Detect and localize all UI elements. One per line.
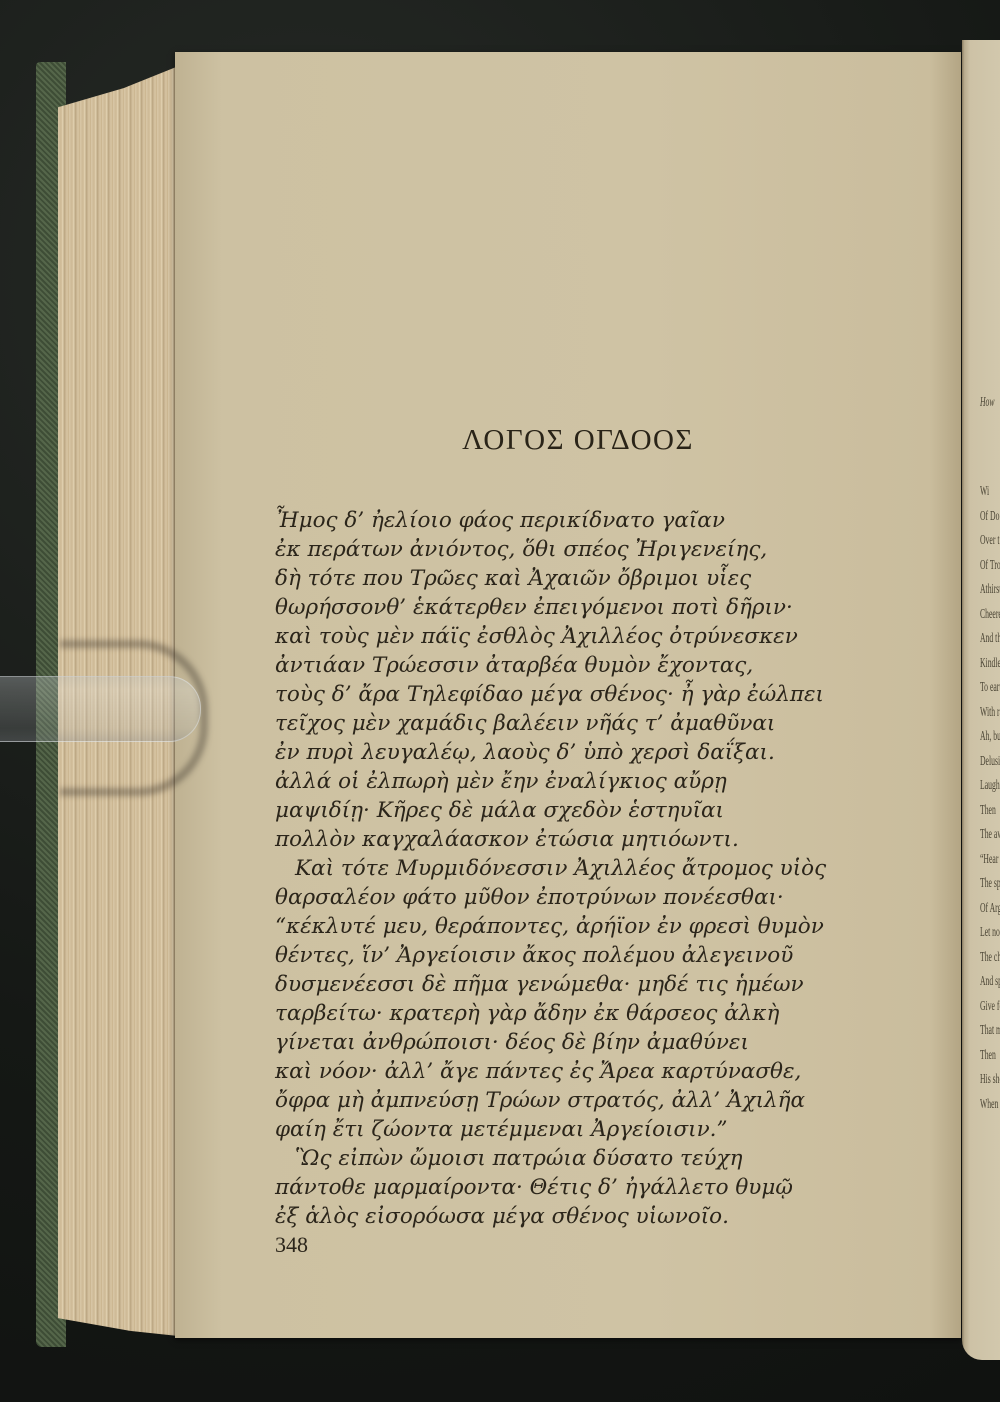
verse-line: ὄφρα μὴ ἀμπνεύσῃ Τρώων στρατός, ἀλλ’ Ἀχι… [275,1086,915,1115]
facing-page-line: Kindled [980,656,1000,672]
transparent-page-clip [0,676,201,742]
verse-text: ἐν πυρὶ λευγαλέῳ, λαοὺς δ’ ὑπὸ χερσὶ δαΐ… [275,740,775,765]
verse-line: ἐν πυρὶ λευγαλέῳ, λαοὺς δ’ ὑπὸ χερσὶ δαΐ… [275,738,915,767]
verse-line: θέντες, ἵν’ Ἀργείοισιν ἄκος πολέμου ἀλεγ… [275,941,915,970]
verse-text: ὄφρα μὴ ἀμπνεύσῃ Τρώων στρατός, ἀλλ’ Ἀχι… [275,1088,805,1113]
facing-page-line: That mi [980,1023,1000,1039]
verse-text: γίνεται ἀνθρώποισι· δέος δὲ βίην ἀμαθύνε… [275,1030,749,1055]
verse-line: τοὺς δ’ ἄρα Τηλεφίδαο μέγα σθένος· ἦ γὰρ… [275,680,915,709]
bleed-through-text [175,162,961,214]
facing-page-line: His sho [980,1072,1000,1088]
verse-text: ἐξ ἁλὸς εἰσορόωσα μέγα σθένος υἱωνοῖο. [275,1204,729,1229]
facing-page-line: Delusiv [980,754,1000,770]
facing-page-line: Of Do [980,509,999,525]
facing-page-line: To earth [980,680,1000,696]
verse-text: τεῖχος μὲν χαμάδις βαλέειν νῆάς τ’ ἀμαθῦ… [275,711,775,736]
facing-page-line: Over t [980,533,999,549]
facing-page-line: How [980,395,995,411]
facing-page-line: Give fo [980,999,1000,1015]
verse-line: ἀντιάαν Τρώεσσιν ἀταρβέα θυμὸν ἔχοντας, [275,651,915,680]
verse-line: καὶ τοὺς μὲν πάϊς ἐσθλὸς Ἀχιλλέος ὀτρύνε… [275,622,915,651]
verse-line: τεῖχος μὲν χαμάδις βαλέειν νῆάς τ’ ἀμαθῦ… [275,709,915,738]
verse-text: θαρσαλέον φάτο μῦθον ἐποτρύνων πονέεσθαι… [275,885,784,910]
verse-text: Ἦμος δ’ ἠελίοιο φάος περικίδνατο γαῖαν [275,508,725,533]
facing-page-line: The chil [980,950,1000,966]
verse-text: Ὣς εἰπὼν ὤμοισι πατρώια δύσατο τεύχη [295,1146,742,1171]
verse-text: καὶ νόον· ἀλλ’ ἄγε πάντες ἐς Ἄρεα καρτύν… [275,1059,801,1084]
verse-line: πολλὸν καγχαλάασκον ἐτώσια μητιόωντι. [275,825,915,854]
verse-line: ταρβείτω· κρατερὴ γὰρ ἄδην ἐκ θάρσεος ἀλ… [275,999,915,1028]
facing-page-line: Then [980,803,996,819]
verse-line: ἐκ περάτων ἀνιόντος, ὅθι σπέος Ἠριγενείη… [275,535,915,564]
verse-line: Καὶ τότε Μυρμιδόνεσσιν Ἀχιλλέος ἄτρομος … [275,854,915,883]
verse-line: μαψιδίῃ· Κῆρες δὲ μάλα σχεδὸν ἑστηυῖαι [275,796,915,825]
verse-text: Καὶ τότε Μυρμιδόνεσσιν Ἀχιλλέος ἄτρομος … [295,856,826,881]
facing-page-line: The awe [980,827,1000,843]
facing-page-line: And spi [980,974,1000,990]
facing-page-line: “Hear y [980,852,1000,868]
facing-page-line: And th [980,631,1000,647]
verse-text: δυσμενέεσσι δὲ πῆμα γενώμεθα· μηδέ τις ἡ… [275,972,804,997]
facing-page-line: When fr [980,1097,1000,1113]
facing-page-edge: HowWiOf DoOver tOf TroAthirstCheereAnd t… [962,40,1000,1360]
verse-line: ἀλλά οἱ ἐλπωρὴ μὲν ἔην ἐναλίγκιος αὔρῃ10 [275,767,915,796]
verse-block: Ἦμος δ’ ἠελίοιο φάος περικίδνατο γαῖανἐκ… [275,506,915,1231]
verse-text: πάντοθε μαρμαίροντα· Θέτις δ’ ἠγάλλετο θ… [275,1175,793,1200]
verse-line: “κέκλυτέ μευ, θεράποντες, ἀρήϊον ἐν φρεσ… [275,912,915,941]
verse-text: ταρβείτω· κρατερὴ γὰρ ἄδην ἐκ θάρσεος ἀλ… [275,1001,779,1026]
verse-line: δυσμενέεσσι δὲ πῆμα γενώμεθα· μηδέ τις ἡ… [275,970,915,999]
facing-page-line: Athirst [980,582,1000,598]
verse-text: καὶ τοὺς μὲν πάϊς ἐσθλὸς Ἀχιλλέος ὀτρύνε… [275,624,798,649]
verse-text: φαίη ἔτι ζώοντα μετέμμεναι Ἀργείοισιν.” [275,1117,728,1142]
verse-text: μαψιδίῃ· Κῆρες δὲ μάλα σχεδὸν ἑστηυῖαι [275,798,724,823]
book-heading: ΛΟΓΟΣ ΟΓΔΟΟΣ [175,424,961,457]
page-number: 348 [275,1232,308,1258]
verse-line: καὶ νόον· ἀλλ’ ἄγε πάντες ἐς Ἄρεα καρτύν… [275,1057,915,1086]
verse-text: ἐκ περάτων ἀνιόντος, ὅθι σπέος Ἠριγενείη… [275,537,767,562]
facing-page-line: With ra [980,705,1000,721]
verse-text: τοὺς δ’ ἄρα Τηλεφίδαο μέγα σθένος· ἦ γὰρ… [275,682,824,707]
verse-text: ἀντιάαν Τρώεσσιν ἀταρβέα θυμὸν ἔχοντας, [275,653,753,678]
facing-page-line: Laughin [980,778,1000,794]
verse-text: θέντες, ἵν’ Ἀργείοισιν ἄκος πολέμου ἀλεγ… [275,943,793,968]
verse-text: πολλὸν καγχαλάασκον ἐτώσια μητιόωντι. [275,827,739,852]
verse-line: γίνεται ἀνθρώποισι· δέος δὲ βίην ἀμαθύνε… [275,1028,915,1057]
verse-text: “κέκλυτέ μευ, θεράποντες, ἀρήϊον ἐν φρεσ… [275,914,824,939]
verse-text: θωρήσσονθ’ ἑκάτερθεν ἐπειγόμενοι ποτὶ δῆ… [275,595,793,620]
verse-line: φαίη ἔτι ζώοντα μετέμμεναι Ἀργείοισιν.” [275,1115,915,1144]
verse-line: ἐξ ἁλὸς εἰσορόωσα μέγα σθένος υἱωνοῖο.25 [275,1202,915,1231]
verse-text: δὴ τότε που Τρῶες καὶ Ἀχαιῶν ὄβριμοι υἷε… [275,566,751,591]
verse-line: Ἦμος δ’ ἠελίοιο φάος περικίδνατο γαῖαν [275,506,915,535]
verse-line: θαρσαλέον φάτο μῦθον ἐποτρύνων πονέεσθαι… [275,883,915,912]
verse-text: ἀλλά οἱ ἐλπωρὴ μὲν ἔην ἐναλίγκιος αὔρῃ [275,769,727,794]
facing-page-line: Of Argi [980,901,1000,917]
facing-page-line: The spi [980,876,1000,892]
verse-line: δὴ τότε που Τρῶες καὶ Ἀχαιῶν ὄβριμοι υἷε… [275,564,915,593]
facing-page-line: Let no [980,925,1000,941]
verse-line: πάντοθε μαρμαίροντα· Θέτις δ’ ἠγάλλετο θ… [275,1173,915,1202]
facing-page-line: Ah, but [980,729,1000,745]
facing-page-line: Wi [980,484,989,500]
facing-page-line: Of Tro [980,558,1000,574]
book-page: ΛΟΓΟΣ ΟΓΔΟΟΣ Ἦμος δ’ ἠελίοιο φάος περικί… [175,52,961,1338]
verse-line: θωρήσσονθ’ ἑκάτερθεν ἐπειγόμενοι ποτὶ δῆ… [275,593,915,622]
facing-page-line: Then [980,1048,996,1064]
facing-page-line: Cheere [980,607,1000,623]
verse-line: Ὣς εἰπὼν ὤμοισι πατρώια δύσατο τεύχη [275,1144,915,1173]
